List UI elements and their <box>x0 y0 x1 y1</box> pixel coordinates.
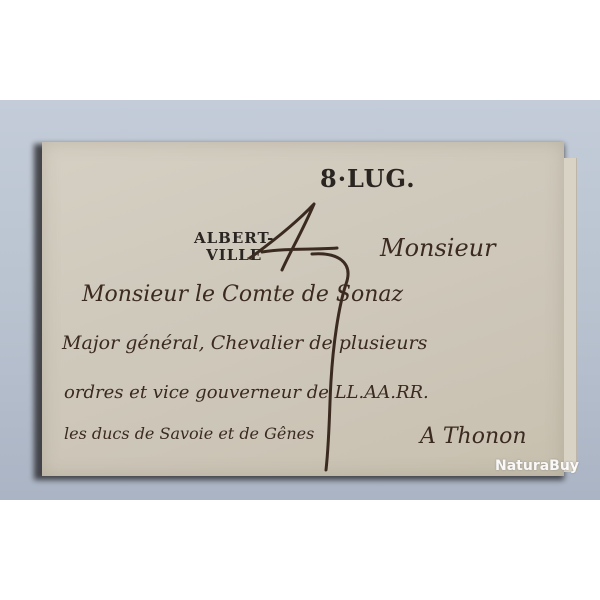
letter-paper: 8·LUG. ALBERT- VILLE Monsieur Monsieur l… <box>42 142 564 476</box>
address-line-2: Monsieur le Comte de Sonaz <box>82 282 403 307</box>
address-line-1: Monsieur <box>380 234 496 262</box>
address-line-6: A Thonon <box>420 424 527 449</box>
watermark-logo: NaturaBuy <box>495 458 579 474</box>
address-line-4: ordres et vice gouverneur de LL.AA.RR. <box>64 382 429 403</box>
date-postmark: 8·LUG. <box>320 164 416 193</box>
photograph: 8·LUG. ALBERT- VILLE Monsieur Monsieur l… <box>0 100 600 500</box>
address-line-5: les ducs de Savoie et de Gênes <box>64 424 314 443</box>
address-line-3: Major général, Chevalier de plusieurs <box>62 332 427 354</box>
